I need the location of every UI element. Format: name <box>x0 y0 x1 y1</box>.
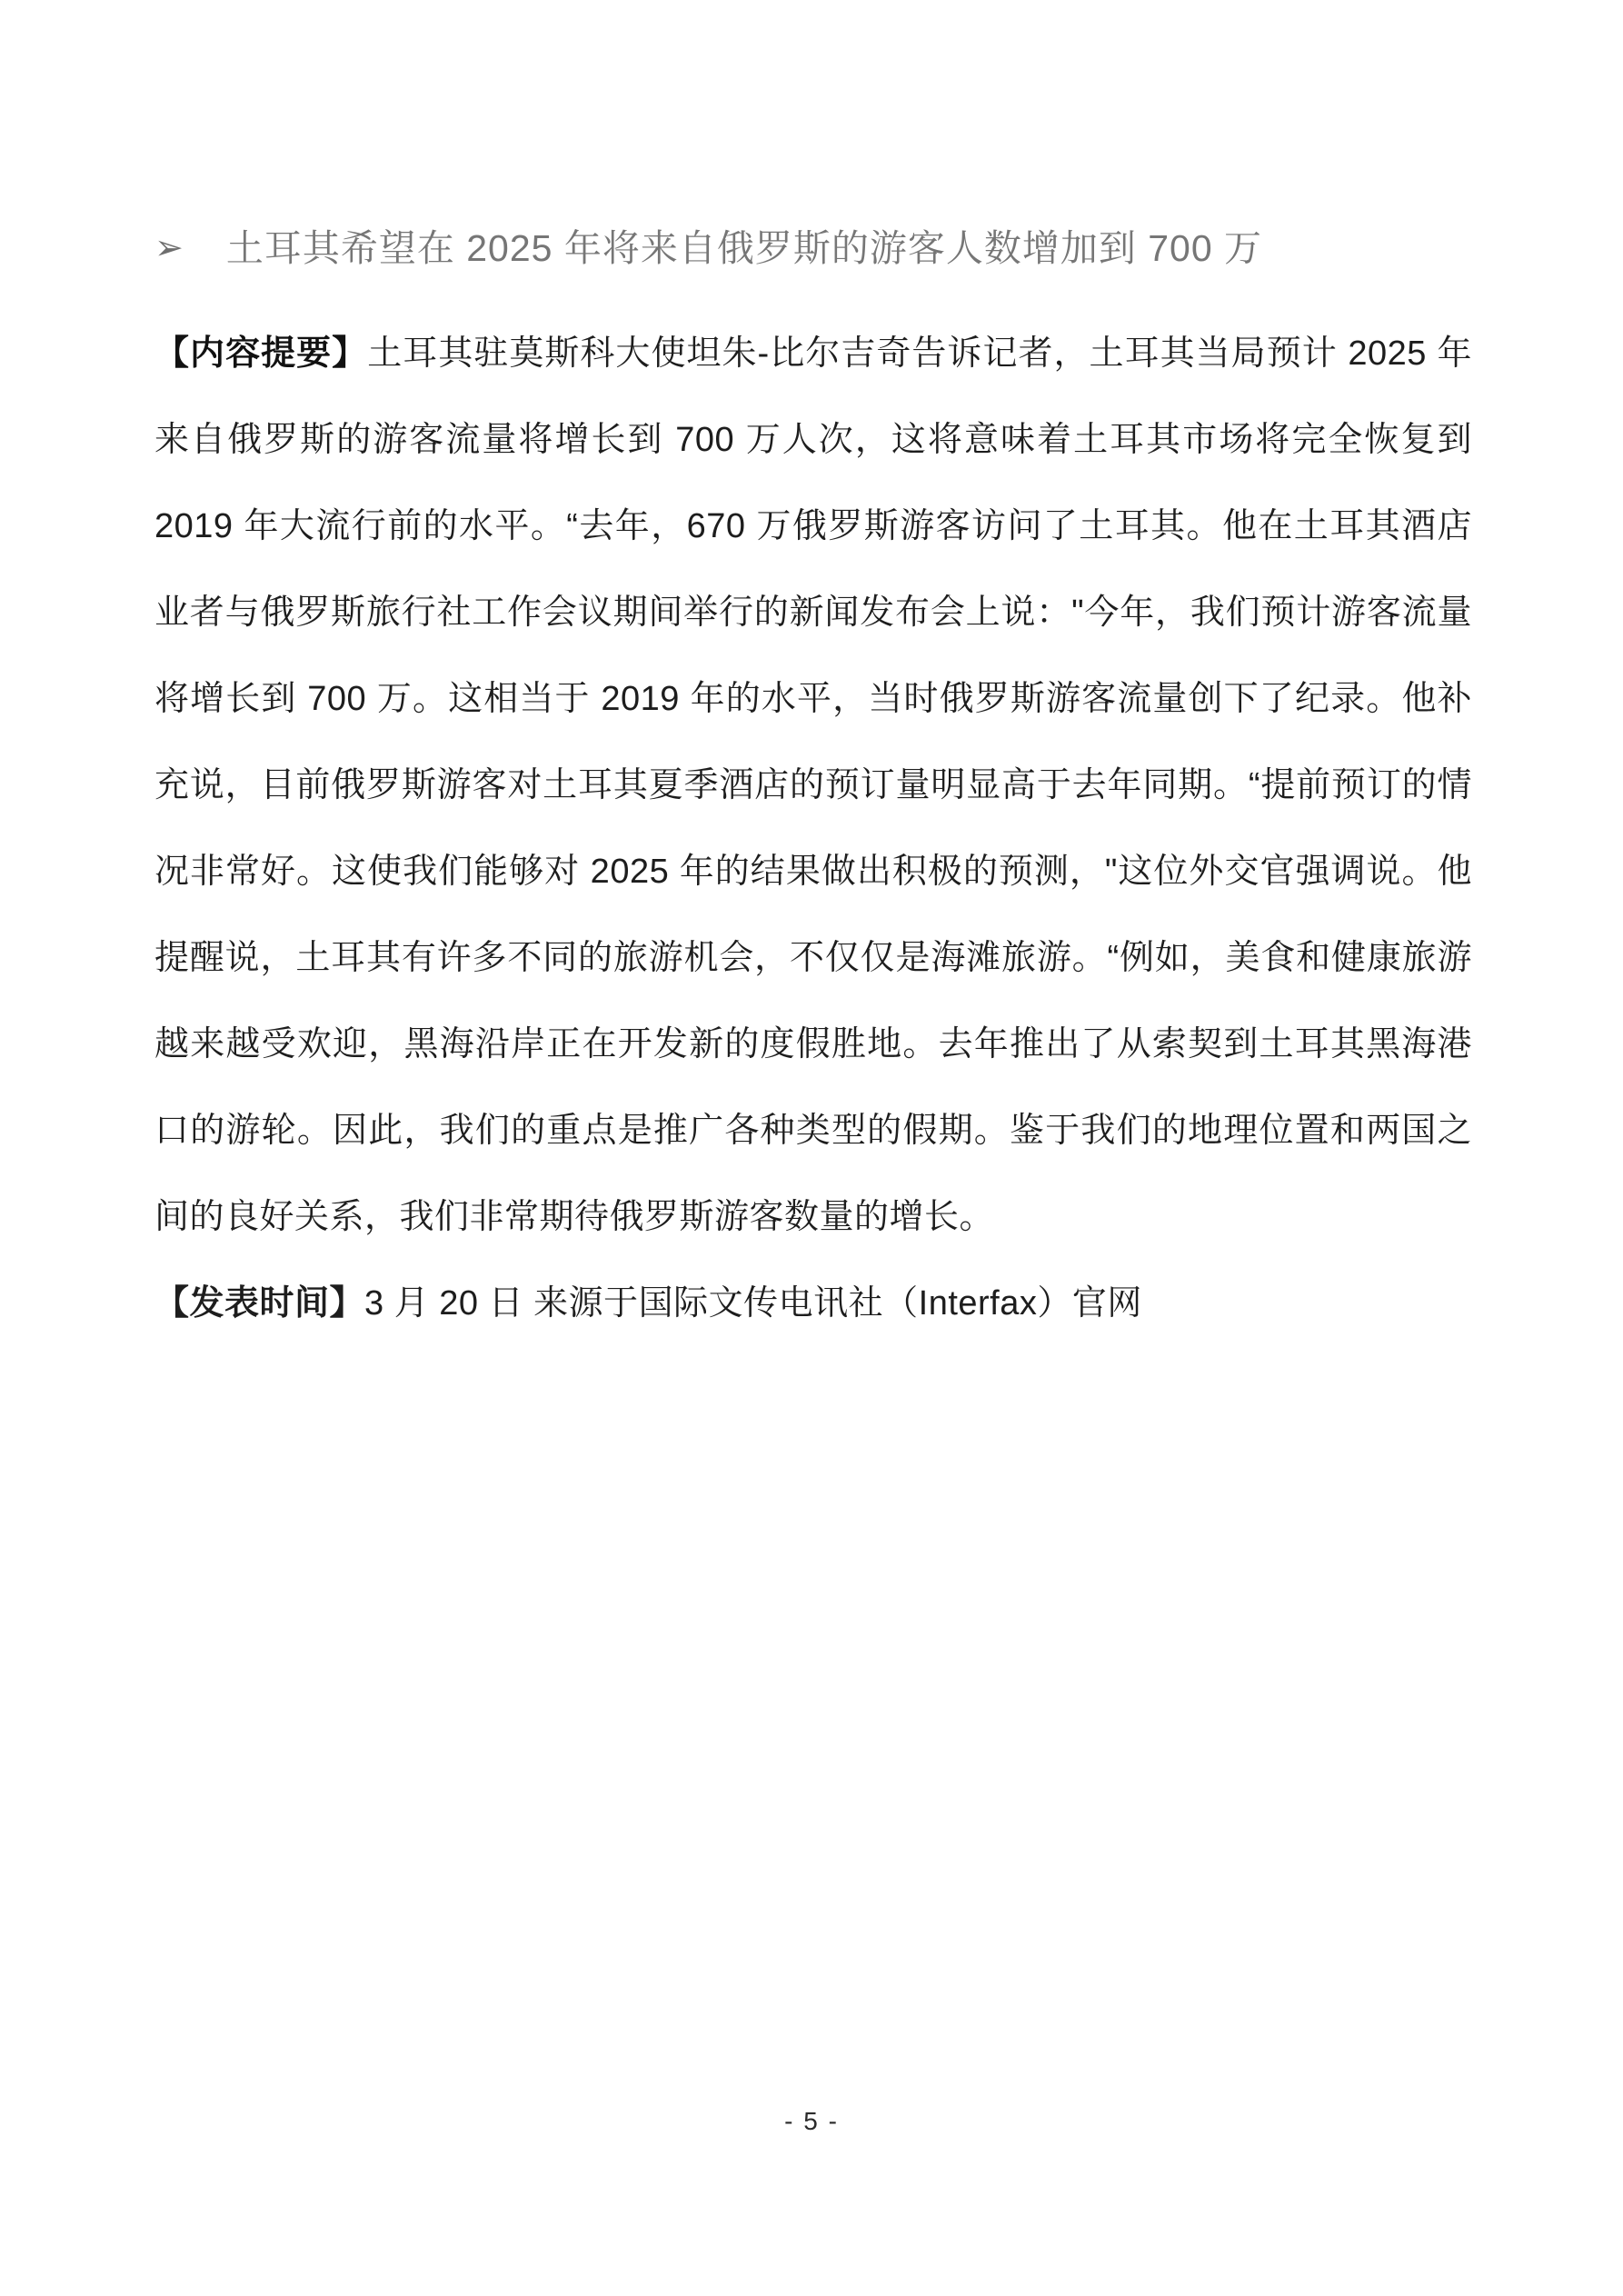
article-heading: ➢ 土耳其希望在 2025 年将来自俄罗斯的游客人数增加到 700 万 <box>154 222 1472 275</box>
publication-text: 3 月 20 日 来源于国际文传电讯社（Interfax）官网 <box>364 1284 1142 1323</box>
article-title: 土耳其希望在 2025 年将来自俄罗斯的游客人数增加到 700 万 <box>226 222 1262 275</box>
summary-label: 【内容提要】 <box>154 334 367 373</box>
arrow-bullet-icon: ➢ <box>154 222 184 275</box>
summary-text: 土耳其驻莫斯科大使坦朱-比尔吉奇告诉记者，土耳其当局预计 2025 年来自俄罗斯… <box>154 334 1472 1236</box>
summary-paragraph: 【内容提要】土耳其驻莫斯科大使坦朱-比尔吉奇告诉记者，土耳其当局预计 2025 … <box>154 311 1472 1261</box>
document-content: ➢ 土耳其希望在 2025 年将来自俄罗斯的游客人数增加到 700 万 【内容提… <box>154 222 1472 1347</box>
publication-label: 【发表时间】 <box>154 1284 364 1323</box>
page-number: - 5 - <box>0 2107 1623 2136</box>
publication-paragraph: 【发表时间】3 月 20 日 来源于国际文传电讯社（Interfax）官网 <box>154 1261 1472 1347</box>
document-page: ➢ 土耳其希望在 2025 年将来自俄罗斯的游客人数增加到 700 万 【内容提… <box>0 0 1623 2296</box>
